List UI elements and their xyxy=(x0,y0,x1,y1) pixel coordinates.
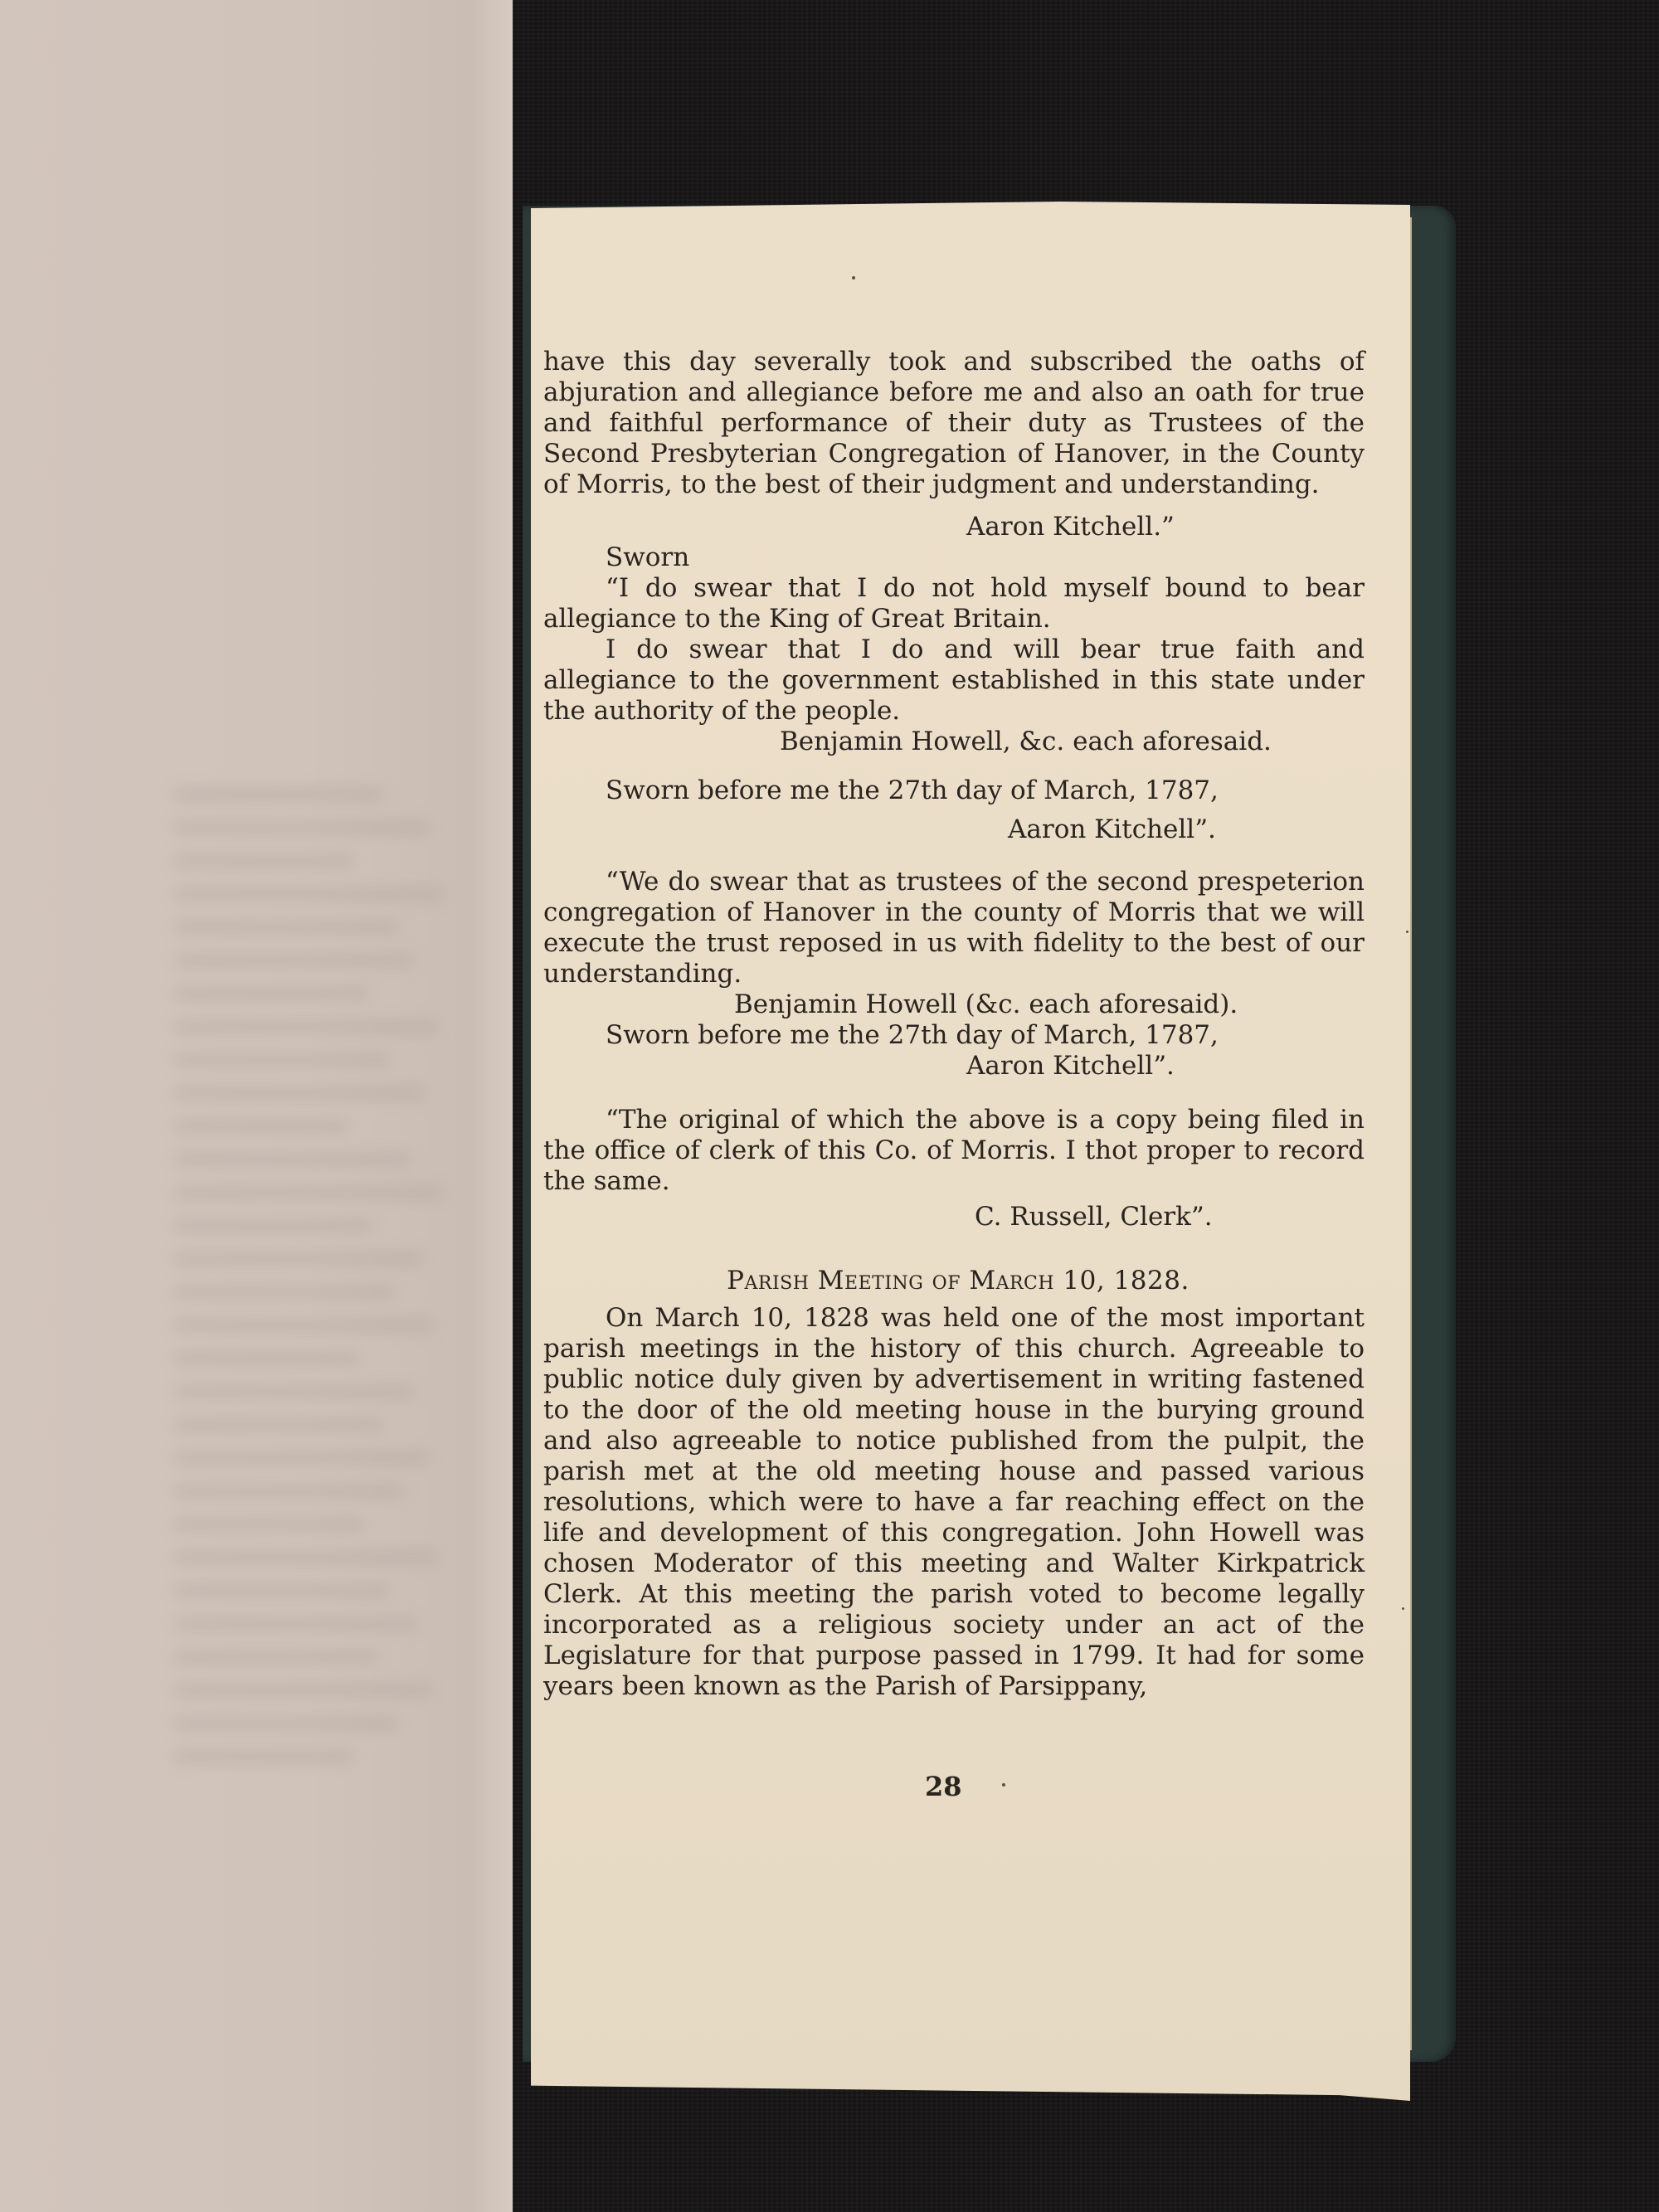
bleed-through-text xyxy=(174,788,473,1949)
signature-aaron-kitchell-3: Aaron Kitchell”. xyxy=(543,1051,1365,1082)
paper-speck xyxy=(1002,1783,1005,1787)
paper-speck xyxy=(1406,931,1408,933)
label-sworn: Sworn xyxy=(543,542,1365,573)
facing-left-page xyxy=(0,0,513,2212)
signature-aaron-kitchell-2: Aaron Kitchell”. xyxy=(543,814,1365,845)
paragraph-oath-abjuration: “I do swear that I do not hold myself bo… xyxy=(543,573,1365,634)
paragraph-clerk-record: “The original of which the above is a co… xyxy=(543,1105,1365,1197)
page-number: 28 xyxy=(925,1771,962,1802)
paragraph-oath-record: have this day severally took and subscri… xyxy=(543,347,1365,500)
signature-aaron-kitchell: Aaron Kitchell.” xyxy=(543,512,1365,542)
paper-speck xyxy=(852,276,855,280)
section-heading: Parish Meeting of March 10, 1828. xyxy=(543,1266,1365,1296)
sworn-before-date-2: Sworn before me the 27th day of March, 1… xyxy=(543,1020,1365,1051)
paper-speck xyxy=(1402,1607,1404,1610)
signature-benjamin-howell-2: Benjamin Howell (&c. each aforesaid). xyxy=(543,989,1365,1020)
signature-c-russell-clerk: C. Russell, Clerk”. xyxy=(543,1202,1365,1232)
sworn-before-date: Sworn before me the 27th day of March, 1… xyxy=(543,775,1365,806)
page-text: have this day severally took and subscri… xyxy=(543,347,1365,1702)
paragraph-oath-allegiance: I do swear that I do and will bear true … xyxy=(543,634,1365,727)
paragraph-parish-meeting: On March 10, 1828 was held one of the mo… xyxy=(543,1303,1365,1702)
signature-benjamin-howell: Benjamin Howell, &c. each aforesaid. xyxy=(543,727,1365,757)
paragraph-trustee-oath: “We do swear that as trustees of the sec… xyxy=(543,867,1365,989)
